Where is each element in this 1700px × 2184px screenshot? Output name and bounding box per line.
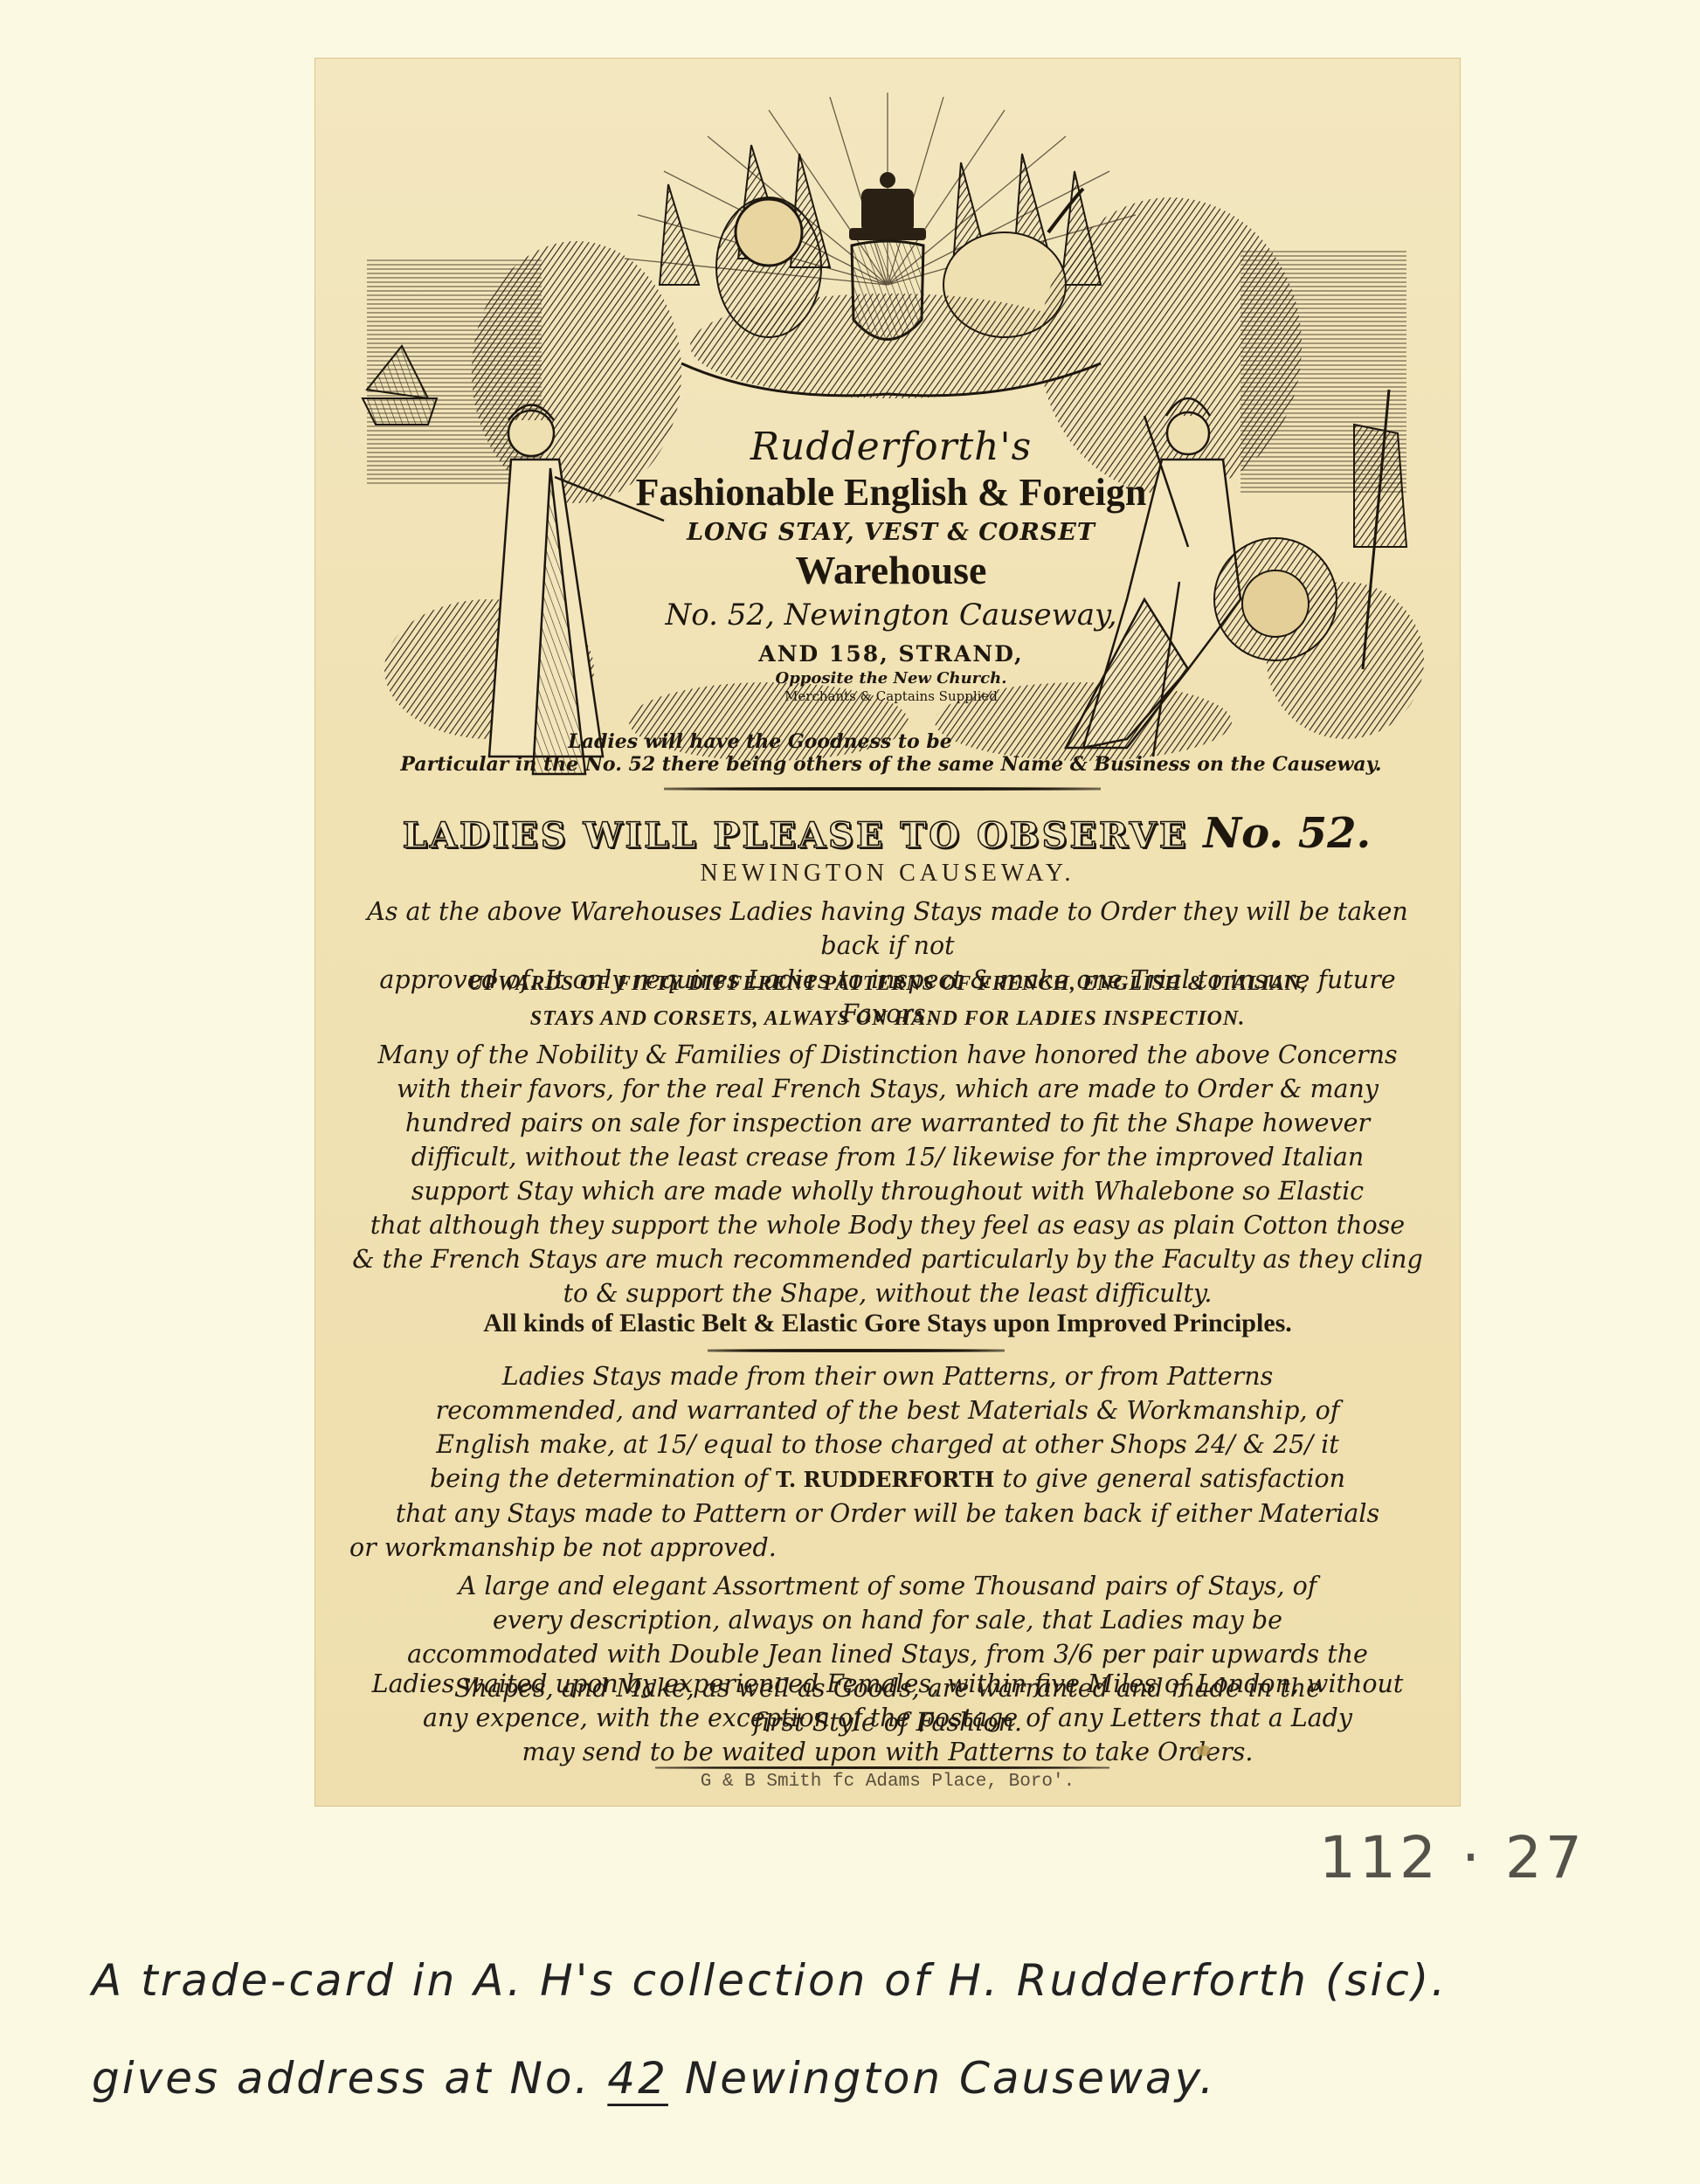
headline-text: LADIES WILL PLEASE TO OBSERVE xyxy=(403,815,1189,856)
paragraph-elastic: All kinds of Elastic Belt & Elastic Gore… xyxy=(349,1309,1426,1338)
subheading: NEWINGTON CAUSEWAY. xyxy=(314,860,1461,888)
text-line: any expence, with the exception of the p… xyxy=(349,1701,1426,1735)
engraving-caption-line2: Particular in the No. 52 there being oth… xyxy=(367,753,1415,776)
landmark-note: Opposite the New Church. xyxy=(664,669,1118,688)
text-line: support Stay which are made wholly throu… xyxy=(349,1174,1426,1208)
text-line: Ladies Stays made from their own Pattern… xyxy=(349,1359,1426,1393)
note-fragment: gives address at No. xyxy=(92,2053,591,2104)
text-line: that although they support the whole Bod… xyxy=(349,1208,1426,1242)
note-fragment: Newington Causeway. xyxy=(685,2053,1216,2104)
text-line: English make, at 15/ equal to those char… xyxy=(349,1427,1426,1462)
trade-card: Rudderforth's Fashionable English & Fore… xyxy=(314,58,1461,1807)
text-line: recommended, and warranted of the best M… xyxy=(349,1393,1426,1427)
text-fragment: to give general satisfaction xyxy=(1002,1464,1345,1493)
paragraph-patterns-made: Ladies Stays made from their own Pattern… xyxy=(349,1359,1426,1565)
text-line: STAYS AND CORSETS, ALWAYS ON HAND FOR LA… xyxy=(349,1001,1426,1036)
text-line: difficult, without the least crease from… xyxy=(349,1140,1426,1174)
handwritten-note-line1: A trade-card in A. H's collection of H. … xyxy=(92,1955,1448,2006)
product-line: LONG STAY, VEST & CORSET xyxy=(664,519,1118,546)
paragraph-waited-upon: Ladies waited upon by experienced Female… xyxy=(349,1667,1426,1769)
warehouse-label: Warehouse xyxy=(664,547,1118,593)
text-line: hundred pairs on sale for inspection are… xyxy=(349,1106,1426,1140)
handwritten-note-line2: gives address at No. 42 Newington Causew… xyxy=(92,2053,1216,2104)
primary-address: No. 52, Newington Causeway, xyxy=(620,598,1162,632)
business-name: Rudderforth's xyxy=(664,425,1118,469)
text-line: may send to be waited upon with Patterns… xyxy=(349,1735,1426,1769)
text-line: with their favors, for the real French S… xyxy=(349,1072,1426,1106)
engraving-illustration: Rudderforth's Fashionable English & Fore… xyxy=(314,58,1461,791)
business-tagline: Fashionable English & Foreign xyxy=(603,470,1179,515)
divider-rule xyxy=(655,1766,1109,1769)
supply-note: Merchants & Captains Supplied xyxy=(664,688,1118,704)
text-line: As at the above Warehouses Ladies having… xyxy=(349,895,1426,963)
paragraph-patterns: UPWARDS OF FIFTY DIFFERENT PATTERNS OF F… xyxy=(349,966,1426,1036)
engraving-caption-line1: Ladies will have the Goodness to be xyxy=(542,730,978,753)
proprietor-name: T. RUDDERFORTH xyxy=(776,1467,994,1492)
headline-number: No. 52. xyxy=(1203,809,1371,858)
text-fragment: being the determination of xyxy=(430,1464,768,1493)
text-line: UPWARDS OF FIFTY DIFFERENT PATTERNS OF F… xyxy=(349,966,1426,1001)
text-line: or workmanship be not approved. xyxy=(349,1531,1426,1565)
headline: LADIES WILL PLEASE TO OBSERVE No. 52. xyxy=(341,809,1433,858)
engraver-imprint: G & B Smith fc Adams Place, Boro'. xyxy=(314,1772,1461,1792)
divider-rule xyxy=(664,787,1101,791)
text-line: A large and elegant Assortment of some T… xyxy=(349,1569,1426,1603)
text-line: that any Stays made to Pattern or Order … xyxy=(349,1496,1426,1531)
text-line: being the determination of T. RUDDERFORT… xyxy=(349,1462,1426,1496)
paragraph-nobility: Many of the Nobility & Families of Disti… xyxy=(349,1038,1426,1310)
second-address: AND 158, STRAND, xyxy=(664,641,1118,667)
divider-rule xyxy=(708,1349,1005,1352)
note-house-number: 42 xyxy=(607,2053,668,2104)
text-line: Many of the Nobility & Families of Disti… xyxy=(349,1038,1426,1072)
text-line: & the French Stays are much recommended … xyxy=(349,1242,1426,1276)
paper-stain xyxy=(1197,1745,1211,1756)
text-line: to & support the Shape, without the leas… xyxy=(349,1276,1426,1310)
pencil-accession-number: 112 · 27 xyxy=(1319,1824,1586,1891)
text-line: every description, always on hand for sa… xyxy=(349,1603,1426,1637)
text-line: Ladies waited upon by experienced Female… xyxy=(349,1667,1426,1701)
